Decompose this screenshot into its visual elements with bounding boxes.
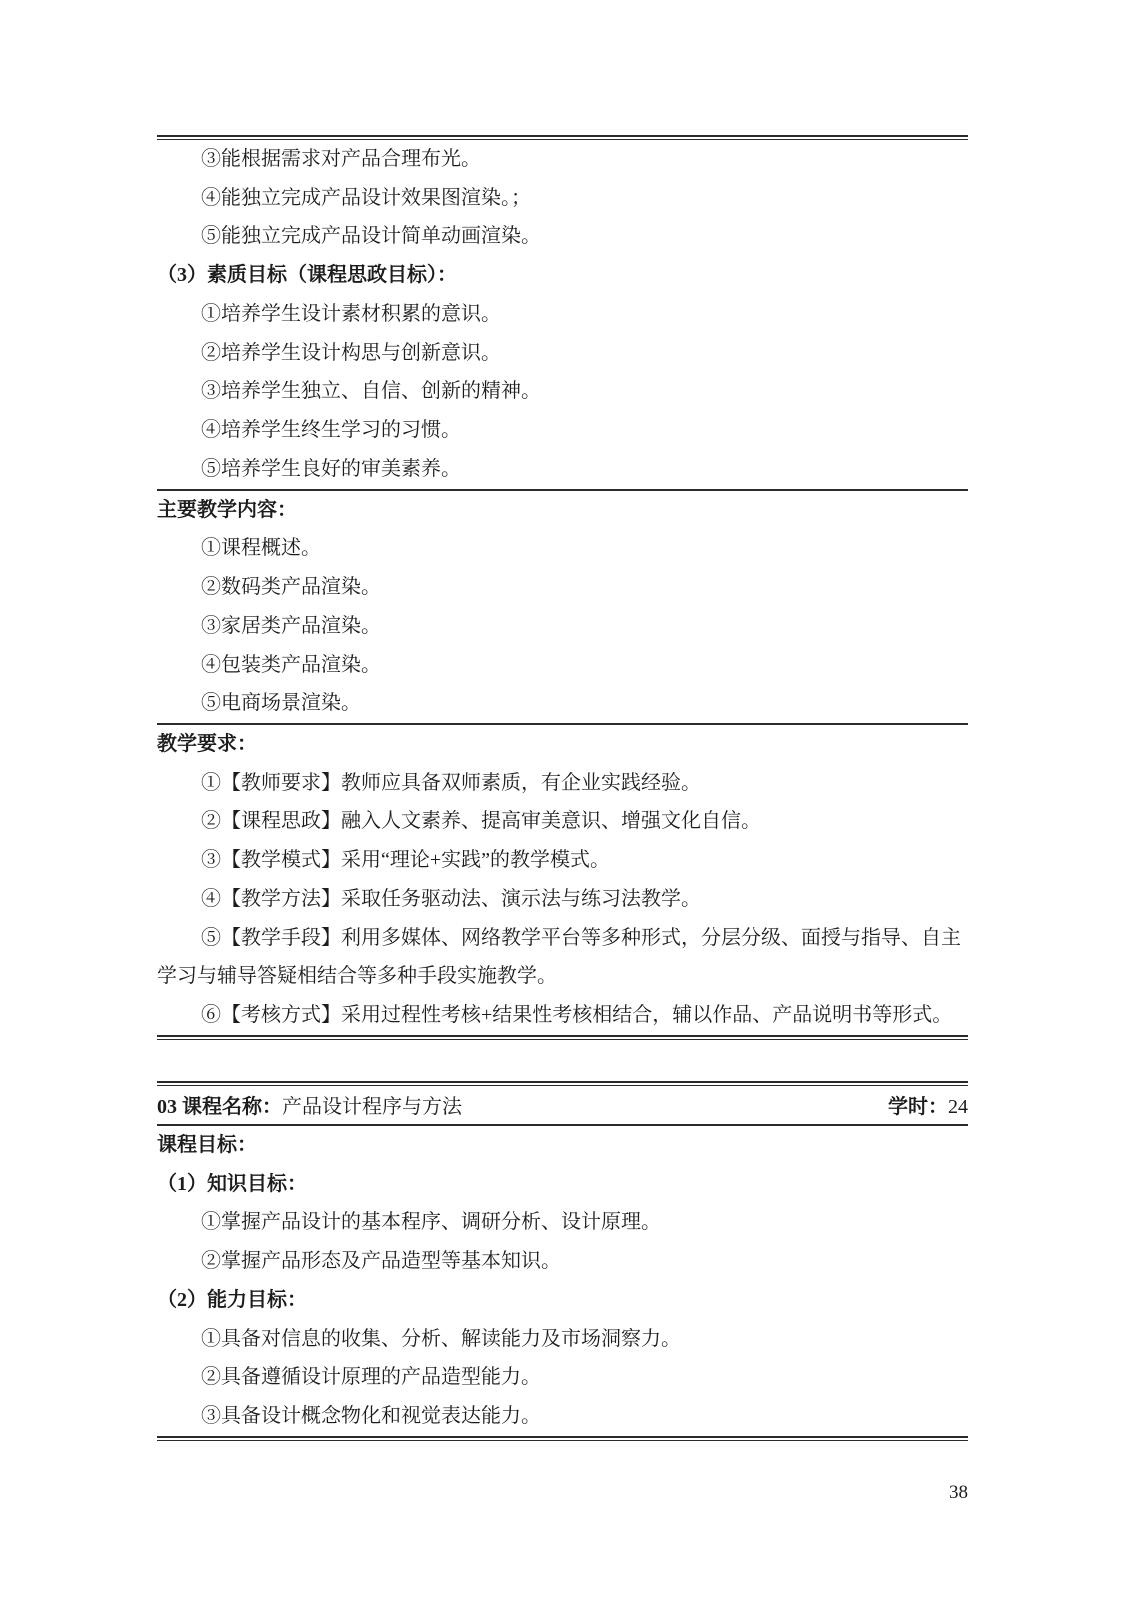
course02-requirement-item: ①【教师要求】教师应具备双师素质，有企业实践经验。 [157,764,968,803]
page-number-value: 38 [949,1482,968,1503]
course02-quality-heading: （3）素质目标（课程思政目标）： [157,256,968,295]
course03-ability-item: ②具备遵循设计原理的产品造型能力。 [157,1358,968,1397]
course02-content-item: ②数码类产品渲染。 [157,568,968,607]
course03-knowledge-heading: （1）知识目标： [157,1165,968,1204]
course03-hours-label: 学时： [888,1096,948,1118]
course02-content-item: ③家居类产品渲染。 [157,607,968,646]
course03-ability-heading: （2）能力目标： [157,1281,968,1320]
course02-requirement-item: ④【教学方法】采取任务驱动法、演示法与练习法教学。 [157,880,968,919]
course03-table-bottom-border [157,1436,968,1441]
document-page: ③能根据需求对产品合理布光。 ④能独立完成产品设计效果图渲染。； ⑤能独立完成产… [0,0,1131,1600]
course03-header-row: 03 课程名称：产品设计程序与方法 学时：24 [157,1086,968,1124]
course03-knowledge-item: ②掌握产品形态及产品造型等基本知识。 [157,1242,968,1281]
course03-number-label: 03 课程名称： [157,1096,282,1118]
course03-goals-heading: 课程目标： [157,1126,968,1165]
course02-content-item: ④包装类产品渲染。 [157,646,968,685]
course02-ability-item: ⑤能独立完成产品设计简单动画渲染。 [157,217,968,256]
course02-ability-item: ④能独立完成产品设计效果图渲染。； [157,179,968,218]
course03-hours: 学时：24 [888,1090,968,1119]
course02-requirement-heading: 教学要求： [157,725,968,764]
course03-knowledge-item: ①掌握产品设计的基本程序、调研分析、设计原理。 [157,1203,968,1242]
course02-requirement-item: ⑥【考核方式】采用过程性考核+结果性考核相结合，辅以作品、产品说明书等形式。 [157,996,968,1035]
course02-quality-item: ②培养学生设计构思与创新意识。 [157,334,968,373]
course03-hours-value: 24 [948,1096,968,1118]
course02-objectives-continued: ③能根据需求对产品合理布光。 ④能独立完成产品设计效果图渲染。； ⑤能独立完成产… [157,140,968,489]
course02-quality-item: ③培养学生独立、自信、创新的精神。 [157,372,968,411]
document-content: ③能根据需求对产品合理布光。 ④能独立完成产品设计效果图渲染。； ⑤能独立完成产… [157,135,968,1505]
course02-quality-item: ⑤培养学生良好的审美素养。 [157,450,968,489]
course02-teaching-content: 主要教学内容： ①课程概述。 ②数码类产品渲染。 ③家居类产品渲染。 ④包装类产… [157,491,968,723]
course02-content-item: ⑤电商场景渲染。 [157,684,968,723]
course02-content-item: ①课程概述。 [157,529,968,568]
course02-requirement-item: ②【课程思政】融入人文素养、提高审美意识、增强文化自信。 [157,802,968,841]
course02-teaching-requirements: 教学要求： ①【教师要求】教师应具备双师素质，有企业实践经验。 ②【课程思政】融… [157,725,968,1035]
course03-goals: 课程目标： （1）知识目标： ①掌握产品设计的基本程序、调研分析、设计原理。 ②… [157,1126,968,1436]
course03-title: 03 课程名称：产品设计程序与方法 [157,1090,462,1119]
table-gap [157,1040,968,1081]
course02-requirement-item: ③【教学模式】采用“理论+实践”的教学模式。 [157,841,968,880]
course03-ability-item: ①具备对信息的收集、分析、解读能力及市场洞察力。 [157,1320,968,1359]
course03-ability-item: ③具备设计概念物化和视觉表达能力。 [157,1397,968,1436]
course02-ability-item: ③能根据需求对产品合理布光。 [157,140,968,179]
course03-name: 产品设计程序与方法 [282,1096,462,1118]
course02-quality-item: ④培养学生终生学习的习惯。 [157,411,968,450]
course02-requirement-item: ⑤【教学手段】利用多媒体、网络教学平台等多种形式，分层分级、面授与指导、自主学习… [157,919,968,996]
course02-quality-item: ①培养学生设计素材积累的意识。 [157,295,968,334]
page-number: 38 [157,1481,968,1505]
course02-content-heading: 主要教学内容： [157,491,968,530]
